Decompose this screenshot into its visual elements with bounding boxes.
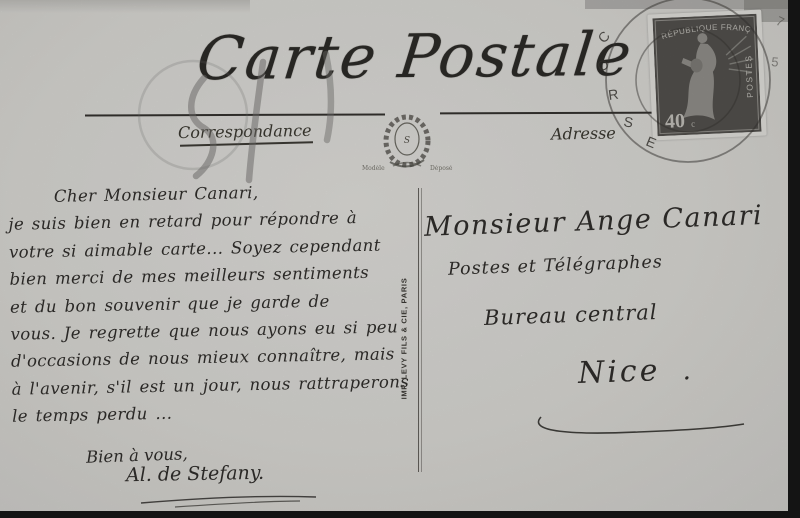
paper-grain-texture	[0, 0, 788, 511]
postcard-scan: Carte Postale Correspondance Adresse S M…	[0, 0, 788, 511]
